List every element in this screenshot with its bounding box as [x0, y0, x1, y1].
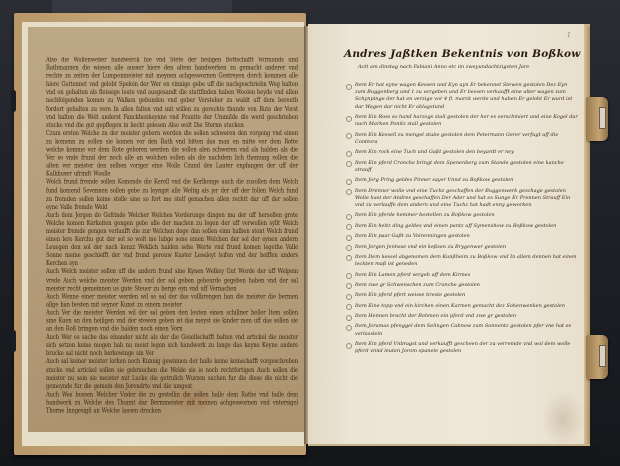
- bullet-icon: [346, 255, 352, 261]
- list-item: Item Ein pferde hemmer bestellen zu Boßk…: [346, 212, 578, 219]
- bullet-icon: [346, 315, 352, 321]
- list-item: Item Ein Lamen pferd vergeb uff dem Kirm…: [346, 272, 578, 279]
- entry-text: Item Ein pferde hemmer bestellen zu Boßk…: [355, 212, 495, 218]
- left-paragraph: Auch Ver die meister Werden wil der sal …: [46, 310, 298, 334]
- list-item: Item Er hat eyne wagen Kessen und Eyn ay…: [346, 82, 578, 111]
- backdrop-strip: [52, 0, 232, 14]
- bullet-icon: [346, 294, 352, 300]
- folio-number: 1: [567, 32, 571, 39]
- list-item: Item Ein paar Gaßt zu Voirenningen gesto…: [346, 233, 578, 240]
- bullet-icon: [346, 273, 352, 279]
- bullet-icon: [346, 214, 352, 220]
- bullet-icon: [346, 116, 352, 122]
- entry-text: Item Er hat eyne wagen Kessen und Eyn ay…: [355, 82, 572, 110]
- entry-text: Item Eine topp vnd ein kirchen einen Kar…: [355, 303, 565, 309]
- list-item: Item Joramas pfenggel dem Selingen Cabno…: [346, 323, 578, 337]
- left-paragraph: Auch Welch meister sollen uff die andern…: [46, 269, 298, 293]
- list-item: Item Dem kessel abgenomen dem Kunßheim z…: [346, 254, 578, 268]
- list-item: Item Jorgen Jenhsse vnd ein keßsen zu Br…: [346, 244, 578, 251]
- entry-text: Item Ein heltz ding geldes vnd einen pan…: [355, 223, 556, 229]
- entry-text: Item Dem kessel abgenomen dem Kunßheim z…: [355, 254, 577, 267]
- bullet-icon: [346, 245, 352, 251]
- entry-text: Item Ein pferd pfert weisse breste gesto…: [355, 292, 465, 298]
- bullet-icon: [346, 133, 352, 139]
- bullet-icon: [346, 283, 352, 289]
- left-paragraph: Also die Wollenweber handwerck hie vnd S…: [46, 57, 298, 130]
- entry-text: Item Ein pferd Cronche bringt dem Spenen…: [355, 160, 564, 173]
- left-page-text: Also die Wollenweber handwerck hie vnd S…: [46, 57, 298, 416]
- bullet-icon: [346, 325, 352, 331]
- left-paragraph: Czum ersten Welche zu der meister geborn…: [46, 130, 298, 179]
- entry-text: Item Jorg Pring geldes Pinner sayer Vnnd…: [355, 177, 513, 183]
- list-item: Item Ein Kessell zu mengel stube gestole…: [346, 132, 578, 146]
- entry-text: Item zwe gr Schwenschen zum Cranche gest…: [355, 282, 480, 288]
- left-paragraph: Auch Wenne einer meister werden wil so s…: [46, 294, 298, 310]
- left-paragraph: Welch frund fremde sollen Komende die Ke…: [46, 179, 298, 212]
- entry-list: Item Er hat eyne wagen Kessen und Eyn ay…: [346, 82, 578, 359]
- list-item: Item Ein pferd Cronche bringt dem Spenen…: [346, 160, 578, 174]
- left-paragraph: Auch Was bussen Welcher Vnder die zu ges…: [46, 391, 298, 415]
- frame-notch: [11, 90, 16, 112]
- list-item: Item Ein pferd Vnbragst und verkaufft ge…: [346, 341, 578, 355]
- list-item: Item Ein rock eine Tuch und Gaßt gestole…: [346, 149, 578, 156]
- frame-notch: [11, 330, 16, 352]
- entry-text: Item Ein Lamen pferd vergeb uff dem Kirm…: [355, 272, 470, 278]
- list-item: Item Ein Ross so hand harzogs stall gest…: [346, 114, 578, 128]
- bullet-icon: [346, 235, 352, 241]
- entry-text: Item Ein Kessell zu mengel stube gestole…: [355, 132, 558, 145]
- entry-text: Item Ein Ross so hand harzogs stall gest…: [355, 114, 578, 127]
- entry-text: Item Joramas pfenggel dem Selingen Cabno…: [355, 323, 571, 336]
- bullet-icon: [346, 84, 352, 90]
- bullet-icon: [346, 151, 352, 157]
- entry-text: Item Ein pferd Vnbragst und verkaufft ge…: [355, 341, 570, 354]
- bullet-icon: [346, 343, 352, 349]
- list-item: Item Jorg Pring geldes Pinner sayer Vnnd…: [346, 177, 578, 184]
- left-parchment-page: Also die Wollenweber handwerck hie vnd S…: [28, 27, 304, 432]
- list-item: Item Drenner wolle vnd eine Tuchz gescha…: [346, 188, 578, 210]
- list-item: Item Eine topp vnd ein kirchen einen Kar…: [346, 303, 578, 310]
- leather-clasp-bottom: [586, 335, 608, 379]
- left-paragraph: Auch Wer es sache das einander nicht als…: [46, 334, 298, 358]
- list-item: Item Ein heltz ding geldes vnd einen pan…: [346, 223, 578, 230]
- page-subheading: Actt am dinstag nach Fabiani Anno etc im…: [358, 64, 578, 70]
- entry-text: Item Drenner wolle vnd eine Tuchz gescha…: [355, 188, 570, 208]
- entry-text: Item Ein paar Gaßt zu Voirenningen gesto…: [355, 233, 470, 239]
- page-edge: [584, 26, 590, 444]
- left-paragraph: Auch dem Jorgen do Gefrinde Welcher Welc…: [46, 212, 298, 269]
- entry-text: Item Jorgen Jenhsse vnd ein keßsen zu Br…: [355, 244, 506, 250]
- bullet-icon: [346, 161, 352, 167]
- bullet-icon: [346, 224, 352, 230]
- entry-text: Item Ein rock eine Tuch und Gaßt gestole…: [355, 149, 514, 155]
- page-heading: Andres Jaßtken Bekentnis von Boßkow: [344, 48, 581, 60]
- list-item: Item Ein pferd pfert weisse breste gesto…: [346, 292, 578, 299]
- left-paragraph: Auch sal keiner meister lerken noch Kunn…: [46, 359, 298, 392]
- bullet-icon: [346, 189, 352, 195]
- bullet-icon: [346, 179, 352, 185]
- entry-text: Item Hennen bracht der Bohmen ein pferd …: [355, 313, 516, 319]
- leather-clasp-top: [586, 97, 608, 141]
- list-item: Item Hennen bracht der Bohmen ein pferd …: [346, 313, 578, 320]
- bullet-icon: [346, 304, 352, 310]
- list-item: Item zwe gr Schwenschen zum Cranche gest…: [346, 282, 578, 289]
